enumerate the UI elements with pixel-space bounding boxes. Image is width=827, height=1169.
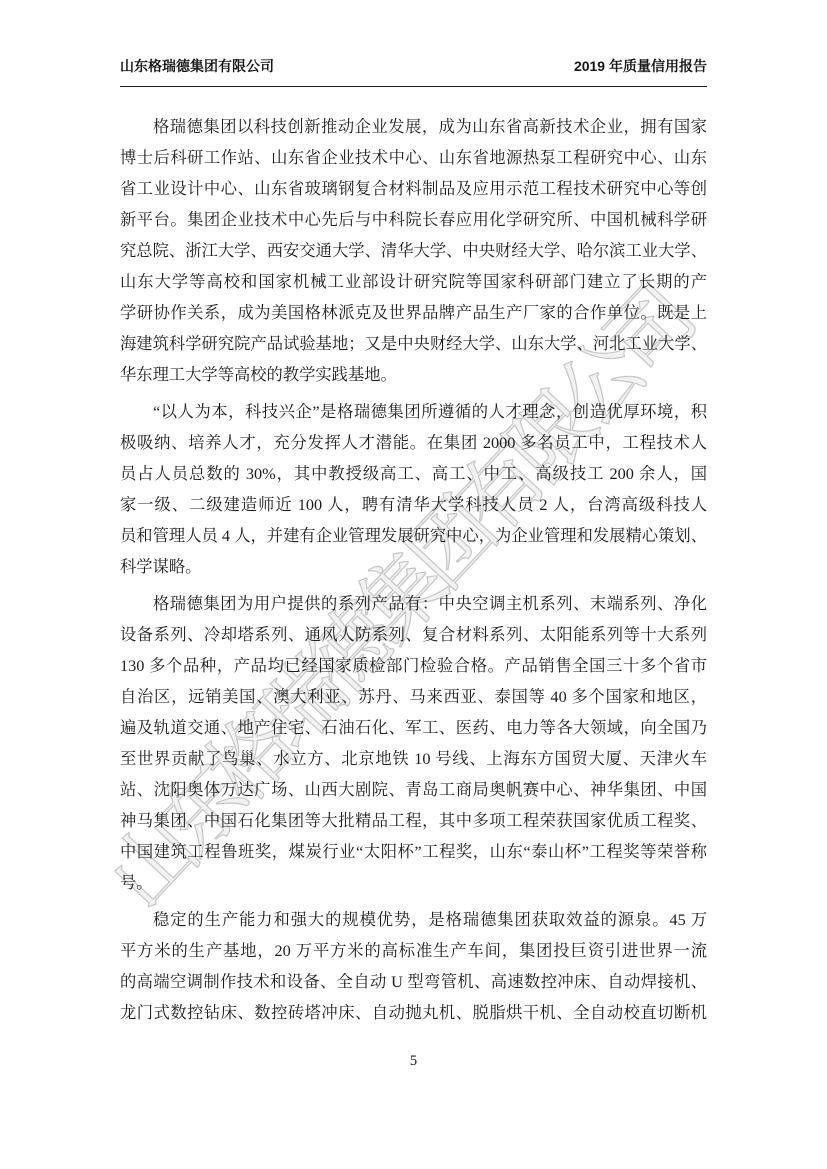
body-line: 中国建筑工程鲁班奖，煤炭行业“太阳杯”工程奖，山东“泰山杯”工程奖等荣誉称 bbox=[120, 836, 707, 867]
body-line: 号。 bbox=[120, 867, 707, 898]
page-footer: 5 bbox=[0, 1053, 827, 1070]
body-line: 站、沈阳奥体万达广场、山西大剧院、青岛工商局奥帆赛中心、神华集团、中国 bbox=[120, 774, 707, 805]
paragraph: 格瑞德集团为用户提供的系列产品有：中央空调主机系列、末端系列、净化设备系列、冷却… bbox=[120, 588, 707, 898]
body-line: 的高端空调制作技术和设备、全自动 U 型弯管机、高速数控冲床、自动焊接机、 bbox=[120, 966, 707, 997]
body-line: 平方米的生产基地，20 万平方米的高标准生产车间，集团投巨资引进世界一流 bbox=[120, 935, 707, 966]
paragraph: “以人为本，科技兴企”是格瑞德集团所遵循的人才理念，创造优厚环境，积极吸纳、培养… bbox=[120, 396, 707, 582]
body-line: 设备系列、冷却塔系列、通风人防系列、复合材料系列、太阳能系列等十大系列 bbox=[120, 619, 707, 650]
body-line: 科学谋略。 bbox=[120, 551, 707, 582]
body-line: 学研协作关系，成为美国格林派克及世界品牌产品生产厂家的合作单位。既是上 bbox=[120, 297, 707, 328]
body-line: 130 多个品种，产品均已经国家质检部门检验合格。产品销售全国三十多个省市 bbox=[120, 650, 707, 681]
header-rule bbox=[120, 86, 707, 87]
body-line: 格瑞德集团以科技创新推动企业发展，成为山东省高新技术企业，拥有国家 bbox=[120, 111, 707, 142]
header-report-title: 2019 年质量信用报告 bbox=[574, 56, 707, 76]
body-line: 员占人员总数的 30%，其中教授级高工、高工、中工、高级技工 200 余人，国 bbox=[120, 458, 707, 489]
body-line: 至世界贡献了鸟巢、水立方、北京地铁 10 号线、上海东方国贸大厦、天津火车 bbox=[120, 743, 707, 774]
body-line: 格瑞德集团为用户提供的系列产品有：中央空调主机系列、末端系列、净化 bbox=[120, 588, 707, 619]
body-line: 海建筑科学研究院产品试验基地；又是中央财经大学、山东大学、河北工业大学、 bbox=[120, 328, 707, 359]
body-line: 家一级、二级建造师近 100 人，聘有清华大学科技人员 2 人，台湾高级科技人 bbox=[120, 489, 707, 520]
body-line: 博士后科研工作站、山东省企业技术中心、山东省地源热泵工程研究中心、山东 bbox=[120, 142, 707, 173]
paragraph: 格瑞德集团以科技创新推动企业发展，成为山东省高新技术企业，拥有国家博士后科研工作… bbox=[120, 111, 707, 390]
header-company-name: 山东格瑞德集团有限公司 bbox=[120, 56, 274, 76]
document-body: 格瑞德集团以科技创新推动企业发展，成为山东省高新技术企业，拥有国家博士后科研工作… bbox=[120, 111, 707, 1028]
body-line: 极吸纳、培养人才，充分发挥人才潜能。在集团 2000 多名员工中，工程技术人 bbox=[120, 427, 707, 458]
body-line: 山东大学等高校和国家机械工业部设计研究院等国家科研部门建立了长期的产 bbox=[120, 266, 707, 297]
body-line: 稳定的生产能力和强大的规模优势，是格瑞德集团获取效益的源泉。45 万 bbox=[120, 904, 707, 935]
body-line: 遍及轨道交通、地产住宅、石油石化、军工、医药、电力等各大领域，向全国乃 bbox=[120, 712, 707, 743]
body-line: 神马集团、中国石化集团等大批精品工程，其中多项工程荣获国家优质工程奖、 bbox=[120, 805, 707, 836]
body-line: “以人为本，科技兴企”是格瑞德集团所遵循的人才理念，创造优厚环境，积 bbox=[120, 396, 707, 427]
page-header: 山东格瑞德集团有限公司 2019 年质量信用报告 bbox=[120, 56, 707, 76]
body-line: 自治区，远销美国、澳大利亚、苏丹、马来西亚、泰国等 40 多个国家和地区， bbox=[120, 681, 707, 712]
body-line: 华东理工大学等高校的教学实践基地。 bbox=[120, 359, 707, 390]
body-line: 员和管理人员 4 人，并建有企业管理发展研究中心，为企业管理和发展精心策划、 bbox=[120, 520, 707, 551]
body-line: 新平台。集团企业技术中心先后与中科院长春应用化学研究所、中国机械科学研 bbox=[120, 204, 707, 235]
document-page: 山东格瑞德集团有限公司 山东格瑞德集团有限公司 2019 年质量信用报告 格瑞德… bbox=[0, 0, 827, 1169]
paragraph: 稳定的生产能力和强大的规模优势，是格瑞德集团获取效益的源泉。45 万平方米的生产… bbox=[120, 904, 707, 1028]
body-line: 省工业设计中心、山东省玻璃钢复合材料制品及应用示范工程技术研究中心等创 bbox=[120, 173, 707, 204]
body-line: 究总院、浙江大学、西安交通大学、清华大学、中央财经大学、哈尔滨工业大学、 bbox=[120, 235, 707, 266]
page-number: 5 bbox=[410, 1053, 417, 1069]
body-line: 龙门式数控钻床、数控砖塔冲床、自动抛丸机、脱脂烘干机、全自动校直切断机 bbox=[120, 997, 707, 1028]
